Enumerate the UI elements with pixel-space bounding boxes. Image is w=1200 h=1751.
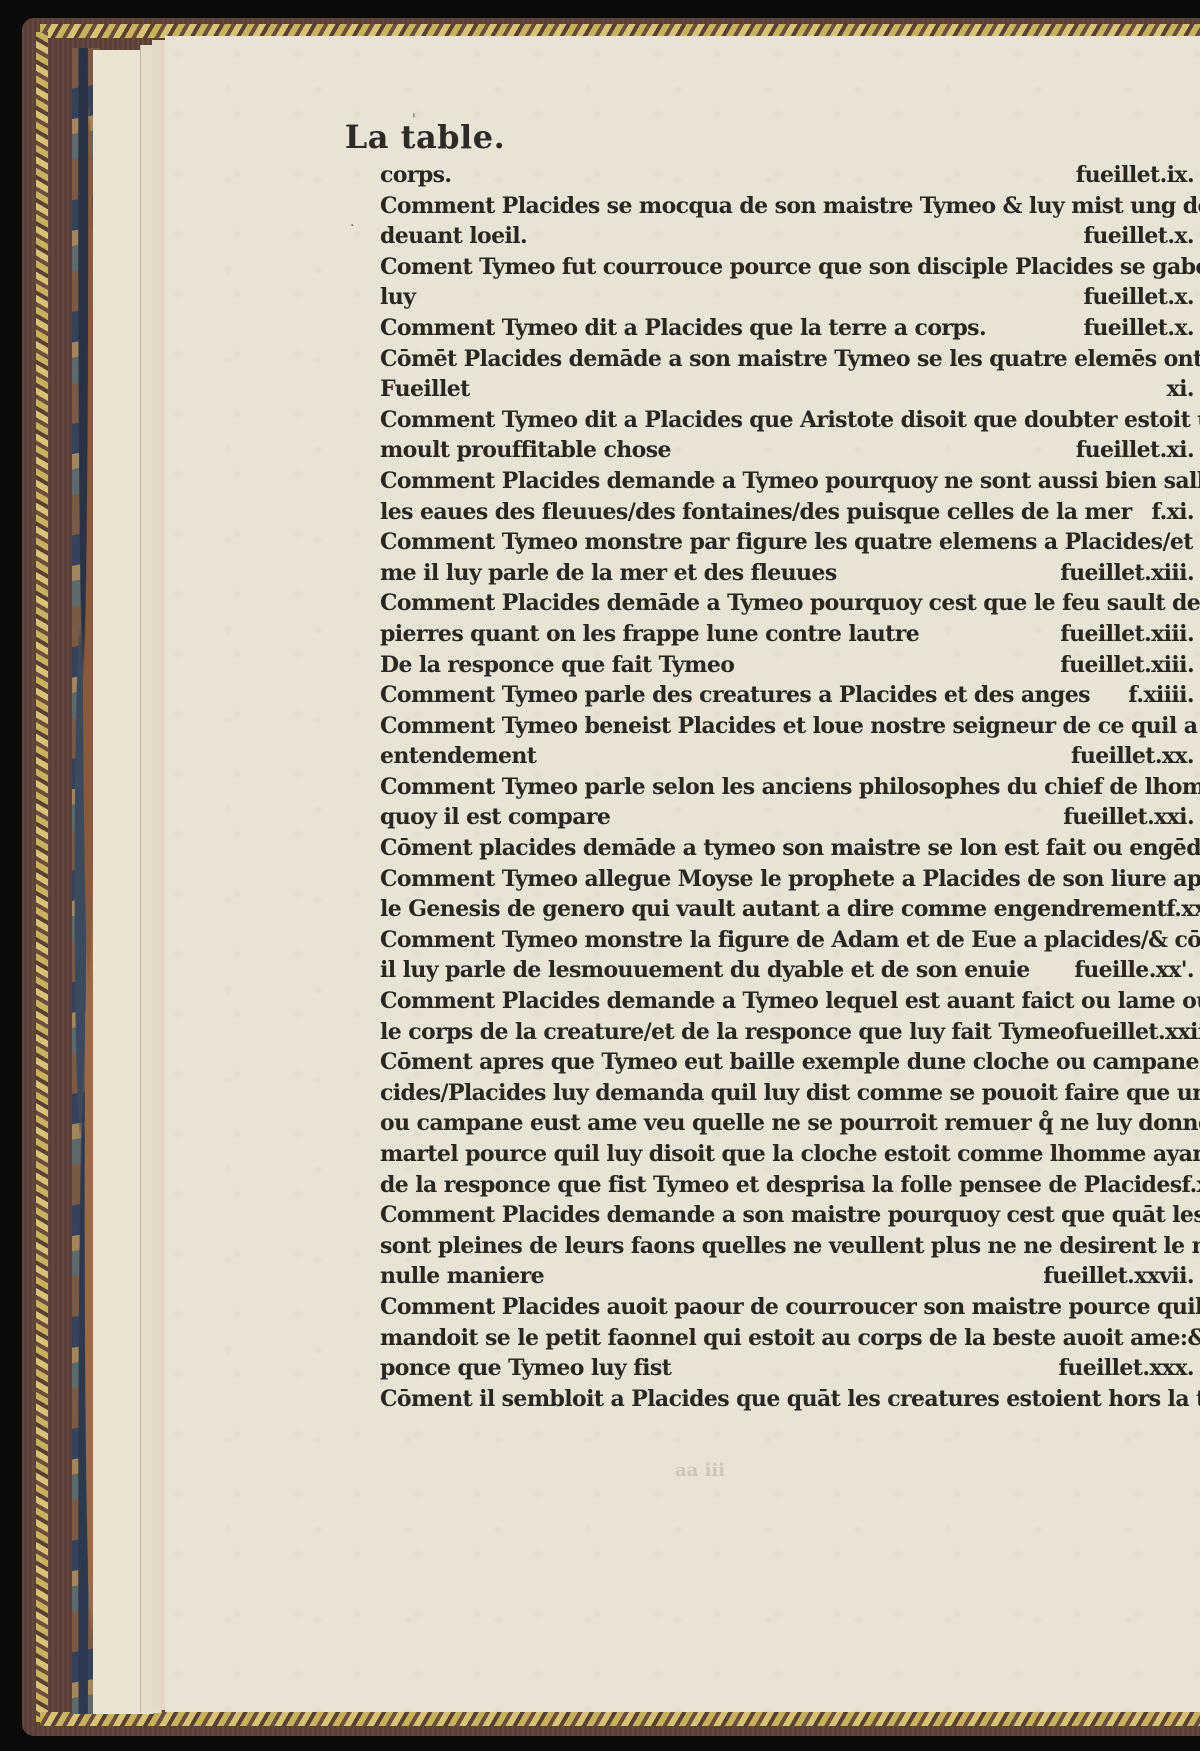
toc-line: Comment Placides demande a Tymeo pourquo… xyxy=(380,466,1200,497)
toc-line: Comment Tymeo dit a Placides que la terr… xyxy=(380,313,1200,344)
entry-text: Comment Tymeo parle selon les anciens ph… xyxy=(380,772,1200,803)
toc-line: sont pleines de leurs faons quelles ne v… xyxy=(380,1231,1200,1262)
folio-ref: f.xi. xyxy=(1152,497,1200,528)
entry-text: entendement xyxy=(380,741,536,772)
toc-line: Comment Placides se mocqua de son maistr… xyxy=(380,191,1200,222)
entry-text: Comment Tymeo monstre la figure de Adam … xyxy=(380,925,1200,956)
entry-text: moult prouffitable chose xyxy=(380,435,671,466)
toc-line: Comment Placides demāde a Tymeo pourquoy… xyxy=(380,588,1200,619)
entry-text: martel pource quil luy disoit que la clo… xyxy=(380,1139,1200,1170)
entry-text: deuant loeil. xyxy=(380,221,527,252)
entry-text: Comment Tymeo beneist Placides et loue n… xyxy=(380,711,1200,742)
folio-ref: f.xiiii. xyxy=(1128,680,1200,711)
folio-ref: fueillet.xxvii. xyxy=(1043,1261,1200,1292)
toc-line: me il luy parle de la mer et des fleuues… xyxy=(380,558,1200,589)
toc-line: ponce que Tymeo luy fistfueillet.xxx. xyxy=(380,1353,1200,1384)
entry-text: De la responce que fait Tymeo xyxy=(380,650,734,681)
gilt-border-bottom xyxy=(40,1712,1200,1726)
entry-text: luy xyxy=(380,282,415,313)
folio-ref: fueillet.xx. xyxy=(1071,741,1200,772)
folio-ref: fueillet.xi. xyxy=(1076,435,1200,466)
entry-text: Comment Placides demāde a Tymeo pourquoy… xyxy=(380,588,1200,619)
toc-line: le Genesis de genero qui vault autant a … xyxy=(380,894,1200,925)
folio-ref: fueillet.xxx. xyxy=(1058,1353,1200,1384)
entry-text: Comment Tymeo parle des creatures a Plac… xyxy=(380,680,1090,711)
folio-ref: fueillet.ix. xyxy=(1076,160,1200,191)
folio-ref: fueillet.x. xyxy=(1083,313,1200,344)
toc-line: Comment Tymeo allegue Moyse le prophete … xyxy=(380,864,1200,895)
toc-line: corps.fueillet.ix. xyxy=(380,160,1200,191)
folio-ref: f.xxi. xyxy=(1166,894,1200,925)
gilt-border-left xyxy=(36,32,48,1722)
toc-line: Coment Tymeo fut courrouce pource que so… xyxy=(380,252,1200,283)
signature-mark: aa iii xyxy=(675,1460,725,1481)
running-head-text: La table. xyxy=(345,118,505,156)
entry-text: de la responce que fist Tymeo et despris… xyxy=(380,1170,1182,1201)
toc-line: les eaues des fleuues/des fontaines/des … xyxy=(380,497,1200,528)
running-head: La table. xyxy=(0,118,1200,156)
toc-line: entendementfueillet.xx. xyxy=(380,741,1200,772)
toc-line: moult prouffitable chosefueillet.xi. xyxy=(380,435,1200,466)
entry-text: Comment Tymeo dit a Placides que Aristot… xyxy=(380,405,1200,436)
toc-line: Cōment il sembloit a Placides que quāt l… xyxy=(380,1384,1200,1415)
folio-ref: fueillet.xxii. xyxy=(1074,1017,1200,1048)
folio-ref: fueillet.xxi. xyxy=(1063,802,1200,833)
table-of-contents: corps.fueillet.ix. Comment Placides se m… xyxy=(380,160,1200,1414)
entry-text: corps. xyxy=(380,160,452,191)
toc-line: cides/Placides luy demanda quil luy dist… xyxy=(380,1078,1200,1109)
entry-text: ou campane eust ame veu quelle ne se pou… xyxy=(380,1108,1200,1139)
entry-text: Comment Placides demande a Tymeo lequel … xyxy=(380,986,1200,1017)
folio-ref: f.xxvi. xyxy=(1182,1170,1200,1201)
entry-text: ponce que Tymeo luy fist xyxy=(380,1353,671,1384)
toc-line: De la responce que fait Tymeofueillet.xi… xyxy=(380,650,1200,681)
toc-line: Comment Tymeo parle selon les anciens ph… xyxy=(380,772,1200,803)
entry-text: Comment Placides demande a son maistre p… xyxy=(380,1200,1200,1231)
toc-line: il luy parle de lesmouuement du dyable e… xyxy=(380,955,1200,986)
toc-line: Comment Tymeo monstre la figure de Adam … xyxy=(380,925,1200,956)
entry-text: cides/Placides luy demanda quil luy dist… xyxy=(380,1078,1200,1109)
entry-text: le corps de la creature/et de la responc… xyxy=(380,1017,1074,1048)
entry-text: Fueillet xyxy=(380,374,470,405)
folio-ref: fueillet.x. xyxy=(1083,282,1200,313)
entry-text: le Genesis de genero qui vault autant a … xyxy=(380,894,1166,925)
entry-text: Cōmēt Placides demāde a son maistre Tyme… xyxy=(380,344,1200,375)
entry-text: Cōment placides demāde a tymeo son maist… xyxy=(380,833,1200,864)
toc-line: nulle manierefueillet.xxvii. xyxy=(380,1261,1200,1292)
toc-line: Comment Tymeo beneist Placides et loue n… xyxy=(380,711,1200,742)
entry-text: Comment Placides se mocqua de son maistr… xyxy=(380,191,1200,222)
toc-line: ou campane eust ame veu quelle ne se pou… xyxy=(380,1108,1200,1139)
toc-line: deuant loeil.fueillet.x. xyxy=(380,221,1200,252)
entry-text: Comment Placides demande a Tymeo pourquo… xyxy=(380,466,1200,497)
toc-line: Cōmēt Placides demāde a son maistre Tyme… xyxy=(380,344,1200,375)
toc-line: martel pource quil luy disoit que la clo… xyxy=(380,1139,1200,1170)
entry-text: Comment Tymeo monstre par figure les qua… xyxy=(380,527,1200,558)
entry-text: Comment Tymeo dit a Placides que la terr… xyxy=(380,313,986,344)
toc-line: Comment Tymeo parle des creatures a Plac… xyxy=(380,680,1200,711)
entry-text: Cōment apres que Tymeo eut baille exempl… xyxy=(380,1047,1200,1078)
ink-speck: · xyxy=(350,218,354,234)
toc-line: de la responce que fist Tymeo et despris… xyxy=(380,1170,1200,1201)
entry-text: me il luy parle de la mer et des fleuues xyxy=(380,558,837,589)
toc-line: Comment Placides demande a son maistre p… xyxy=(380,1200,1200,1231)
folio-ref: fueillet.xiii. xyxy=(1060,619,1200,650)
toc-line: Cōment apres que Tymeo eut baille exempl… xyxy=(380,1047,1200,1078)
toc-line: Comment Placides auoit paour de courrouc… xyxy=(380,1292,1200,1323)
entry-text: sont pleines de leurs faons quelles ne v… xyxy=(380,1231,1200,1262)
toc-line: Comment Tymeo monstre par figure les qua… xyxy=(380,527,1200,558)
entry-text: mandoit se le petit faonnel qui estoit a… xyxy=(380,1323,1200,1354)
entry-text: nulle maniere xyxy=(380,1261,544,1292)
entry-text: quoy il est compare xyxy=(380,802,610,833)
folio-ref: fueille.xx'. xyxy=(1074,955,1200,986)
entry-text: Cōment il sembloit a Placides que quāt l… xyxy=(380,1384,1200,1415)
folio-ref: fueillet.x. xyxy=(1083,221,1200,252)
entry-text: il luy parle de lesmouuement du dyable e… xyxy=(380,955,1030,986)
toc-line: le corps de la creature/et de la responc… xyxy=(380,1017,1200,1048)
toc-line: pierres quant on les frappe lune contre … xyxy=(380,619,1200,650)
entry-text: Comment Placides auoit paour de courrouc… xyxy=(380,1292,1200,1323)
entry-text: les eaues des fleuues/des fontaines/des … xyxy=(380,497,1132,528)
toc-line: Cōment placides demāde a tymeo son maist… xyxy=(380,833,1200,864)
entry-text: Coment Tymeo fut courrouce pource que so… xyxy=(380,252,1200,283)
entry-text: Comment Tymeo allegue Moyse le prophete … xyxy=(380,864,1200,895)
toc-line: luyfueillet.x. xyxy=(380,282,1200,313)
toc-line: Comment Placides demande a Tymeo lequel … xyxy=(380,986,1200,1017)
folio-ref: fueillet.xiii. xyxy=(1060,558,1200,589)
toc-line: Fueilletxi. xyxy=(380,374,1200,405)
entry-text: pierres quant on les frappe lune contre … xyxy=(380,619,919,650)
toc-line: Comment Tymeo dit a Placides que Aristot… xyxy=(380,405,1200,436)
folio-ref: xi. xyxy=(1167,374,1200,405)
folio-ref: fueillet.xiii. xyxy=(1060,650,1200,681)
toc-line: mandoit se le petit faonnel qui estoit a… xyxy=(380,1323,1200,1354)
toc-line: quoy il est comparefueillet.xxi. xyxy=(380,802,1200,833)
